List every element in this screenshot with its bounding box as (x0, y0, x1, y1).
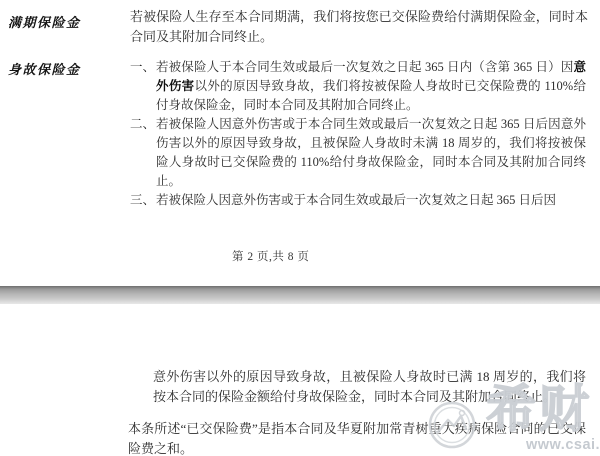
paid-premium-note-paragraph: 本条所述“已交保险费”是指本合同及华夏附加常青树重大疾病保险合同的已交保险费之和… (128, 419, 586, 456)
document-page: 满期保险金 若被保险人生存至本合同期满，我们将按您已交保险费给付满期保险金，同时… (0, 0, 600, 456)
maturity-benefit-label: 满期保险金 (8, 12, 81, 31)
item-number: 三、 (130, 191, 155, 210)
benefit-item-1: 一、 若被保险人于本合同生效或最后一次复效之日起 365 日内（含第 365 日… (130, 58, 586, 115)
item-number: 一、 (130, 58, 155, 77)
maturity-benefit-paragraph: 若被保险人生存至本合同期满，我们将按您已交保险费给付满期保险金，同时本合同及其附… (130, 7, 588, 47)
item-text-post: 若被保险人因意外伤害或于本合同生效或最后一次复效之日起 365 日后因意外伤害以… (156, 117, 586, 188)
page-number-footer: 第 2 页,共 8 页 (232, 248, 309, 264)
death-benefit-items: 一、 若被保险人于本合同生效或最后一次复效之日起 365 日内（含第 365 日… (130, 58, 586, 210)
item-text-post: 若被保险人因意外伤害或于本合同生效或最后一次复效之日起 365 日后因 (156, 193, 556, 207)
item-text-post: 以外的原因导致身故，我们将按被保险人身故时已交保险费的 110%给付身故保险金，… (156, 79, 586, 112)
item-text-pre: 若被保险人于本合同生效或最后一次复效之日起 365 日内（含第 365 日）因 (156, 60, 573, 74)
item-number: 二、 (130, 115, 155, 134)
benefit-item-2: 二、 若被保险人因意外伤害或于本合同生效或最后一次复效之日起 365 日后因意外… (130, 115, 586, 191)
page-break-divider (0, 286, 600, 304)
death-benefit-label: 身故保险金 (8, 59, 81, 78)
death-benefit-continuation-paragraph: 意外伤害以外的原因导致身故，且被保险人身故时已满 18 周岁的，我们将按本合同的… (153, 367, 586, 407)
benefit-item-3: 三、 若被保险人因意外伤害或于本合同生效或最后一次复效之日起 365 日后因 (130, 191, 586, 210)
